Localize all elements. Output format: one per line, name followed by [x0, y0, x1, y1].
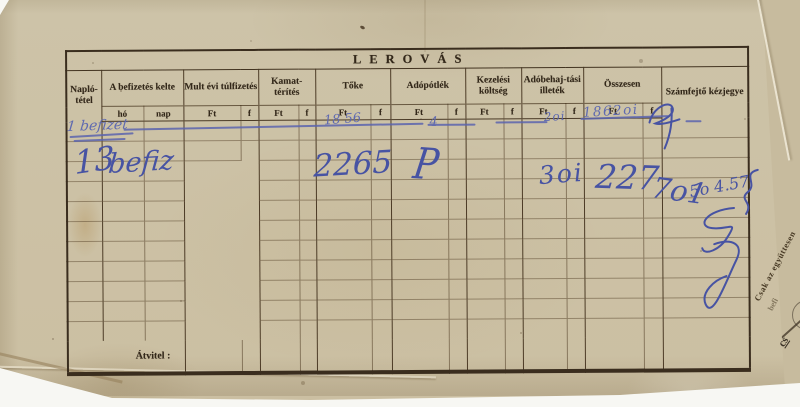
col-header-osszesen: Összesen: [583, 67, 661, 103]
grid-cell: [448, 219, 466, 239]
grid-cell: [522, 139, 566, 159]
grid-cell: [467, 319, 505, 339]
grid-cell: [299, 140, 316, 160]
grid-cell: [522, 179, 566, 199]
grid-cell: [299, 180, 316, 200]
grid-cell: [67, 181, 102, 201]
col-header-kamatterites: Kamat-térítés: [258, 69, 315, 105]
grid-cell: [299, 280, 316, 300]
grid-cell: [144, 181, 184, 201]
grid-cell: [300, 300, 317, 320]
atvitel-cell: [300, 340, 317, 373]
atvitel-cell: [644, 337, 663, 370]
scanned-document-photo: LEROVÁS Napló-tétel A befizetés kelte Mu…: [0, 0, 800, 407]
grid-cell: [101, 121, 143, 141]
grid-cell: [102, 161, 144, 181]
grid-cell: [299, 240, 316, 260]
grid-cell: [662, 157, 749, 178]
grid-cell: [371, 280, 391, 300]
grid-cell: [504, 159, 522, 179]
atvitel-cell: [317, 339, 372, 372]
grid-cell: [566, 178, 584, 198]
grid-cell: [316, 280, 371, 300]
grid-cell: [241, 220, 259, 240]
grid-cell: [448, 199, 466, 219]
subheader-nap: nap: [143, 106, 183, 121]
grid-cell: [102, 221, 144, 241]
grid-cell: [317, 320, 372, 340]
grid-cell: [584, 258, 643, 278]
grid-cell: [448, 179, 466, 199]
grid-cell: [643, 238, 662, 258]
grid-cell: [67, 281, 102, 301]
grid-cell: [241, 260, 259, 280]
atvitel-cell: [467, 338, 505, 371]
atvitel-label: Átvitel :: [68, 340, 185, 374]
grid-cell: [259, 180, 299, 200]
grid-cell: [259, 140, 299, 160]
grid-cell: [566, 278, 584, 298]
col-header-kezelesi: Kezelési költség: [465, 68, 521, 104]
grid-cell: [143, 121, 183, 141]
grid-cell: [371, 260, 391, 280]
grid-cell: [466, 139, 504, 159]
grid-cell: [184, 241, 241, 261]
grid-cell: [242, 300, 260, 320]
grid-cell: [371, 240, 391, 260]
grid-cell: [466, 199, 504, 219]
col-header-adobehajtasi: Adóbehaj-tási illeték: [521, 67, 583, 103]
grid-cell: [566, 198, 584, 218]
grid-cell: [449, 319, 467, 339]
grid-cell: [144, 141, 184, 161]
grid-cell: [259, 240, 299, 260]
grid-cell: [522, 239, 566, 259]
grid-cell: [259, 280, 299, 300]
grid-cell: [260, 300, 300, 320]
grid-cell: [505, 319, 523, 339]
grid-cell: [504, 219, 522, 239]
grid-cell: [584, 178, 643, 198]
grid-cell: [523, 319, 567, 339]
grid-cell: [504, 179, 522, 199]
grid-cell: [316, 240, 371, 260]
grid-cell: [567, 318, 585, 338]
grid-cell: [503, 119, 521, 139]
subheader-f: f: [503, 104, 521, 119]
grid-cell: [242, 320, 260, 340]
subheader-f: f: [447, 104, 465, 119]
grid-cell: [103, 301, 145, 321]
subheader-f: f: [370, 105, 390, 120]
atvitel-cell: [567, 338, 585, 371]
atvitel-cell: [242, 340, 260, 373]
grid-cell: [241, 240, 259, 260]
grid-cell: [522, 259, 566, 279]
col-header-adopotlek: Adópótlék: [390, 68, 465, 104]
subheader-ft: Ft: [583, 103, 642, 118]
grid-cell: [371, 160, 391, 180]
grid-cell: [522, 279, 566, 299]
grid-cell: [67, 261, 102, 281]
grid-cell: [300, 320, 317, 340]
grid-cell: [259, 260, 299, 280]
grid-cell: [662, 177, 749, 198]
grid-cell: [522, 199, 566, 219]
grid-cell: [259, 220, 299, 240]
grid-cell: [662, 277, 749, 298]
grid-cell: [643, 178, 662, 198]
col-header-toke: Tőke: [315, 69, 390, 105]
grid-cell: [392, 319, 449, 339]
grid-cell: [259, 200, 299, 220]
grid-cell: [465, 119, 503, 139]
grid-cell: [298, 120, 315, 140]
grid-cell: [523, 299, 567, 319]
grid-cell: [447, 119, 465, 139]
grid-cell: [372, 300, 392, 320]
grid-cell: [316, 140, 371, 160]
grid-cell: [102, 281, 144, 301]
grid-cell: [504, 199, 522, 219]
col-header-befizetes-kelte: A befizetés kelte: [101, 70, 183, 107]
grid-cell: [184, 261, 241, 281]
subheader-hó: hó: [101, 106, 143, 121]
grid-cell: [504, 239, 522, 259]
grid-cell: [566, 218, 584, 238]
grid-cell: [643, 258, 662, 278]
atvitel-cell: [663, 337, 750, 371]
subheader-f: f: [565, 103, 583, 118]
grid-cell: [145, 321, 185, 341]
grid-cell: [584, 158, 643, 178]
grid-cell: [644, 318, 663, 338]
paper-crease-top: [424, 0, 426, 52]
grid-cell: [391, 239, 448, 259]
grid-cell: [67, 201, 102, 221]
grid-cell: [466, 259, 504, 279]
grid-cell: [184, 141, 241, 161]
lerovas-grid: LEROVÁS Napló-tétel A befizetés kelte Mu…: [65, 46, 751, 376]
grid-cell: [466, 279, 504, 299]
grid-cell: [466, 219, 504, 239]
grid-cell: [144, 261, 184, 281]
grid-cell: [183, 121, 240, 141]
subheader-ft: Ft: [521, 104, 565, 119]
grid-cell: [391, 139, 448, 159]
grid-cell: [662, 237, 749, 258]
grid-cell: [144, 241, 184, 261]
atvitel-cell: [585, 338, 644, 371]
grid-cell: [184, 201, 241, 221]
grid-cell: [521, 119, 565, 139]
grid-cell: [241, 180, 259, 200]
grid-cell: [240, 120, 258, 140]
grid-cell: [643, 218, 662, 238]
grid-cell: [391, 199, 448, 219]
grid-cell: [662, 137, 749, 158]
atvitel-cell: [523, 338, 567, 371]
grid-cell: [67, 161, 102, 181]
atvitel-cell: [372, 339, 392, 372]
grid-cell: [644, 298, 663, 318]
grid-cell: [663, 317, 750, 337]
grid-cell: [317, 300, 372, 320]
table-title: LEROVÁS: [345, 52, 470, 67]
atvitel-cell: [392, 339, 449, 372]
grid-cell: [584, 218, 643, 238]
col-header-naplotetel: Napló-tétel: [66, 70, 101, 121]
grid-cell: [448, 139, 466, 159]
grid-cell: [185, 301, 242, 321]
grid-cell: [66, 121, 101, 141]
grid-cell: [566, 158, 584, 178]
grid-cell: [102, 201, 144, 221]
grid-cell: [67, 141, 102, 161]
paper-speck: [360, 25, 366, 30]
grid-cell: [241, 140, 259, 160]
grid-cell: [316, 180, 371, 200]
grid-cell: [522, 159, 566, 179]
grid-cell: [370, 120, 390, 140]
subheader-f: f: [298, 105, 315, 120]
grid-cell: [662, 197, 749, 218]
grid-cell: [661, 117, 748, 138]
grid-cell: [566, 258, 584, 278]
grid-cell: [448, 279, 466, 299]
grid-cell: [504, 279, 522, 299]
grid-cell: [565, 118, 583, 138]
subheader-ft: Ft: [183, 106, 240, 121]
grid-cell: [663, 297, 750, 318]
grid-cell: [662, 217, 749, 238]
grid-cell: [260, 320, 300, 340]
grid-cell: [584, 238, 643, 258]
atvitel-cell: [505, 338, 523, 371]
grid-cell: [504, 259, 522, 279]
grid-cell: [68, 321, 103, 341]
grid-cell: [315, 120, 370, 140]
grid-cell: [185, 321, 242, 341]
grid-cell: [371, 220, 391, 240]
grid-cell: [467, 299, 505, 319]
grid-cell: [585, 298, 644, 318]
grid-cell: [448, 259, 466, 279]
grid-cell: [184, 281, 241, 301]
grid-cell: [584, 278, 643, 298]
grid-cell: [299, 200, 316, 220]
grid-cell: [391, 159, 448, 179]
grid-cell: [299, 160, 316, 180]
grid-cell: [144, 201, 184, 221]
grid-cell: [241, 280, 259, 300]
grid-cell: [184, 161, 241, 181]
grid-cell: [504, 139, 522, 159]
grid-cell: [184, 221, 241, 241]
grid-cell: [585, 318, 644, 338]
subheader-ft: Ft: [258, 105, 298, 120]
grid-cell: [316, 200, 371, 220]
atvitel-cell: [185, 340, 242, 373]
col-header-mult-evi: Mult évi túlfizetés: [183, 69, 258, 105]
grid-cell: [567, 298, 585, 318]
grid-cell: [643, 278, 662, 298]
grid-cell: [466, 159, 504, 179]
subheader-f: f: [240, 105, 258, 120]
grid-cell: [643, 138, 662, 158]
grid-cell: [299, 220, 316, 240]
subheader-ft: Ft: [315, 105, 370, 120]
grid-cell: [466, 239, 504, 259]
grid-cell: [449, 299, 467, 319]
grid-cell: [102, 181, 144, 201]
subheader-ft: Ft: [390, 104, 447, 119]
grid-cell: [391, 179, 448, 199]
grid-cell: [371, 200, 391, 220]
grid-cell: [316, 220, 371, 240]
grid-cell: [583, 118, 642, 138]
grid-cell: [371, 140, 391, 160]
col-header-szamfejto: Számfejtő kézjegye: [661, 66, 748, 118]
grid-cell: [643, 158, 662, 178]
grid-cell: [391, 259, 448, 279]
grid-cell: [448, 239, 466, 259]
grid-cell: [316, 160, 371, 180]
subheader-f: f: [642, 103, 661, 118]
grid-cell: [566, 238, 584, 258]
grid-cell: [103, 321, 145, 341]
grid-cell: [241, 160, 259, 180]
grid-cell: [522, 219, 566, 239]
grid-cell: [371, 180, 391, 200]
lerovas-table: LEROVÁS Napló-tétel A befizetés kelte Mu…: [65, 46, 753, 368]
grid-cell: [102, 241, 144, 261]
grid-cell: [643, 198, 662, 218]
grid-cell: [584, 138, 643, 158]
grid-cell: [259, 160, 299, 180]
atvitel-cell: [260, 340, 300, 373]
grid-cell: [566, 138, 584, 158]
grid-cell: [390, 119, 447, 139]
grid-cell: [144, 221, 184, 241]
grid-cell: [145, 301, 185, 321]
grid-cell: [67, 221, 102, 241]
grid-cell: [68, 301, 103, 321]
grid-cell: [184, 181, 241, 201]
grid-cell: [642, 118, 661, 138]
grid-cell: [391, 279, 448, 299]
grid-cell: [392, 299, 449, 319]
grid-cell: [67, 241, 102, 261]
atvitel-cell: [449, 339, 467, 372]
grid-cell: [372, 320, 392, 340]
grid-cell: [584, 198, 643, 218]
grid-cell: [466, 179, 504, 199]
grid-cell: [391, 219, 448, 239]
grid-cell: [241, 200, 259, 220]
grid-cell: [144, 161, 184, 181]
grid-cell: [102, 261, 144, 281]
grid-cell: [144, 281, 184, 301]
grid-cell: [102, 141, 144, 161]
grid-cell: [505, 299, 523, 319]
grid-cell: [316, 260, 371, 280]
grid-cell: [662, 257, 749, 278]
subheader-ft: Ft: [465, 104, 503, 119]
grid-cell: [299, 260, 316, 280]
grid-cell: [258, 120, 298, 140]
grid-cell: [448, 159, 466, 179]
